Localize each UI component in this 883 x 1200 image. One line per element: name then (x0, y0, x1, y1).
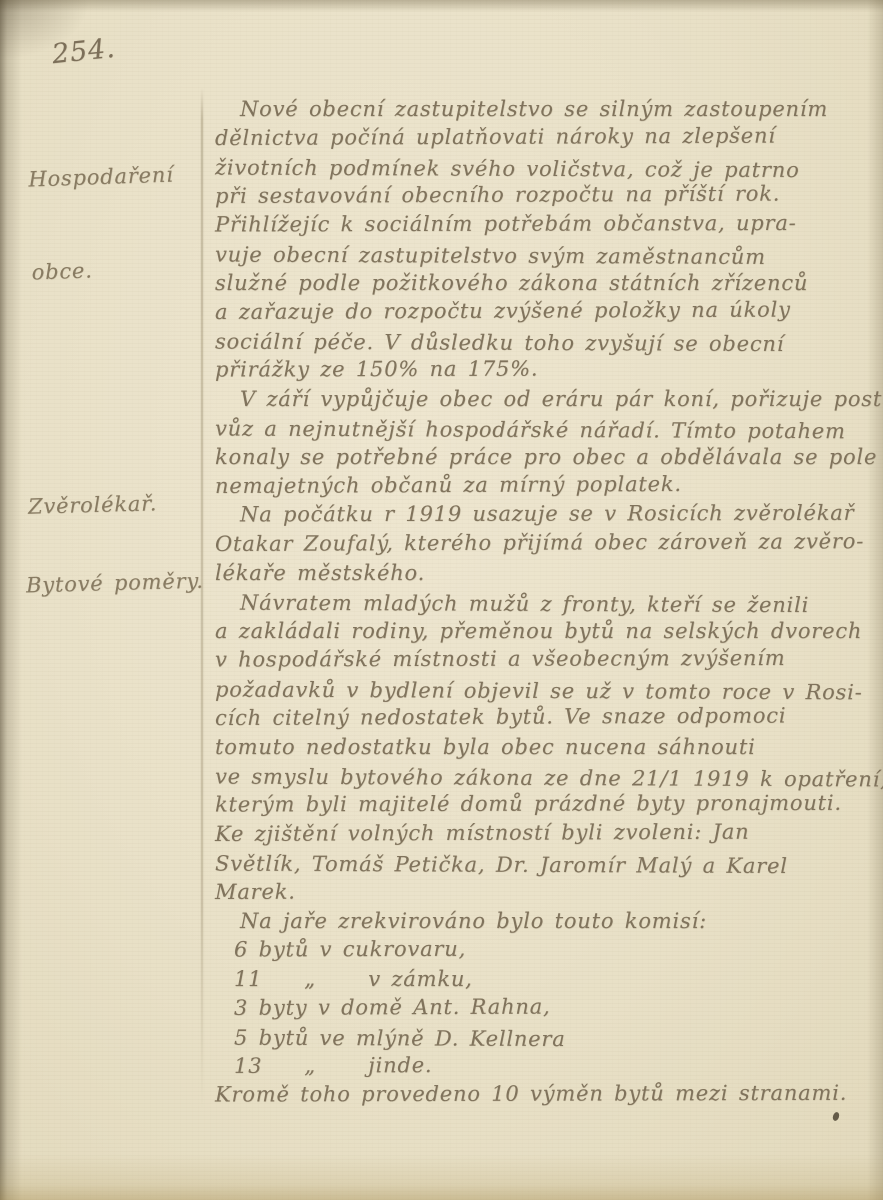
page-number: 254. (51, 33, 117, 70)
text-line: kterým byli majitelé domů prázdné byty p… (215, 789, 877, 820)
text-line requisition-list-item: 13 „ jinde. (215, 1049, 877, 1081)
text-line: Návratem mladých mužů z fronty, kteří se… (215, 589, 877, 621)
text-line: a zakládali rodiny, přeměnou bytů na sel… (215, 617, 877, 646)
text-line requisition-list-item: 11 „ v zámku, (215, 965, 877, 994)
paper-edge-bottom-shadow (0, 1154, 883, 1200)
paper-edge-top-shadow (0, 0, 883, 12)
text-line: Otakar Zoufalý, kterého přijímá obec zár… (215, 527, 877, 559)
margin-note-bytove-pomery: Bytové poměry. (26, 566, 205, 602)
text-line: Na jaře zrekvirováno bylo touto komisí: (215, 907, 877, 936)
text-line: Nové obecní zastupitelstvo se silným zas… (215, 95, 877, 124)
text-line: Marek. (215, 875, 877, 907)
text-line: nemajetných občanů za mírný poplatek. (215, 469, 877, 501)
text-line: v hospodářské místnosti a všeobecným zvý… (215, 644, 877, 675)
text-line: lékaře městského. (215, 559, 877, 588)
text-line requisition-list-item: 6 bytů v cukrovaru, (215, 934, 877, 965)
text-line: Přihlížejíc k sociálním potřebám občanst… (215, 209, 877, 240)
text-line: vůz a nejnutnější hospodářské nářadí. Tí… (215, 415, 877, 447)
manuscript-text-block: Nové obecní zastupitelstvo se silným zas… (215, 95, 877, 1110)
text-line: tomuto nedostatku byla obec nucena sáhno… (215, 733, 877, 762)
text-line: při sestavování obecního rozpočtu na pří… (215, 179, 877, 211)
margin-note-hospodareni-obce: Hospodaření obce. (26, 98, 180, 351)
text-line: a zařazuje do rozpočtu zvýšené položky n… (215, 295, 877, 327)
text-line: přirážky ze 150% na 175%. (215, 354, 877, 385)
margin-note-zverolekar: Zvěrolékař. (28, 488, 158, 522)
manuscript-page: 254. Hospodaření obce. Zvěrolékař. Bytov… (0, 0, 883, 1200)
paper-edge-left-shadow (0, 0, 22, 1200)
margin-note-line: Hospodaření (28, 160, 174, 196)
text-line: dělnictva počíná uplatňovati nároky na z… (215, 121, 877, 153)
margin-rule-line (201, 88, 203, 1108)
text-line: Ke zjištění volných místností byli zvole… (215, 817, 877, 849)
text-line: cích citelný nedostatek bytů. Ve snaze o… (215, 701, 877, 733)
margin-note-line: obce. (31, 252, 177, 288)
text-line: Na počátku r 1919 usazuje se v Rosicích … (215, 499, 877, 530)
text-line: vuje obecní zastupitelstvo svým zaměstna… (215, 241, 877, 273)
text-line: Kromě toho provedeno 10 výměn bytů mezi … (215, 1079, 877, 1110)
text-line: služné podle požitkového zákona státních… (215, 269, 877, 298)
text-line: konaly se potřebné práce pro obec a obdě… (215, 443, 877, 472)
ink-speck (832, 1111, 840, 1121)
text-line requisition-list-item: 3 byty v domě Ant. Rahna, (215, 991, 877, 1023)
text-line: V září vypůjčuje obec od eráru pár koní,… (215, 385, 877, 414)
